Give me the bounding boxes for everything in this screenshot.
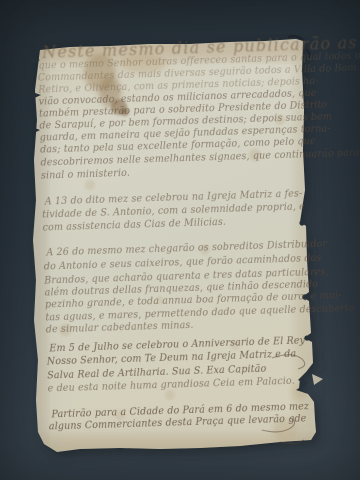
manuscript-sheet bbox=[0, 0, 360, 480]
photo-backdrop: Neste mesmo dia se publicarão as reaes o… bbox=[0, 0, 360, 480]
paper-flake bbox=[312, 374, 323, 385]
paper-surface bbox=[33, 39, 316, 452]
